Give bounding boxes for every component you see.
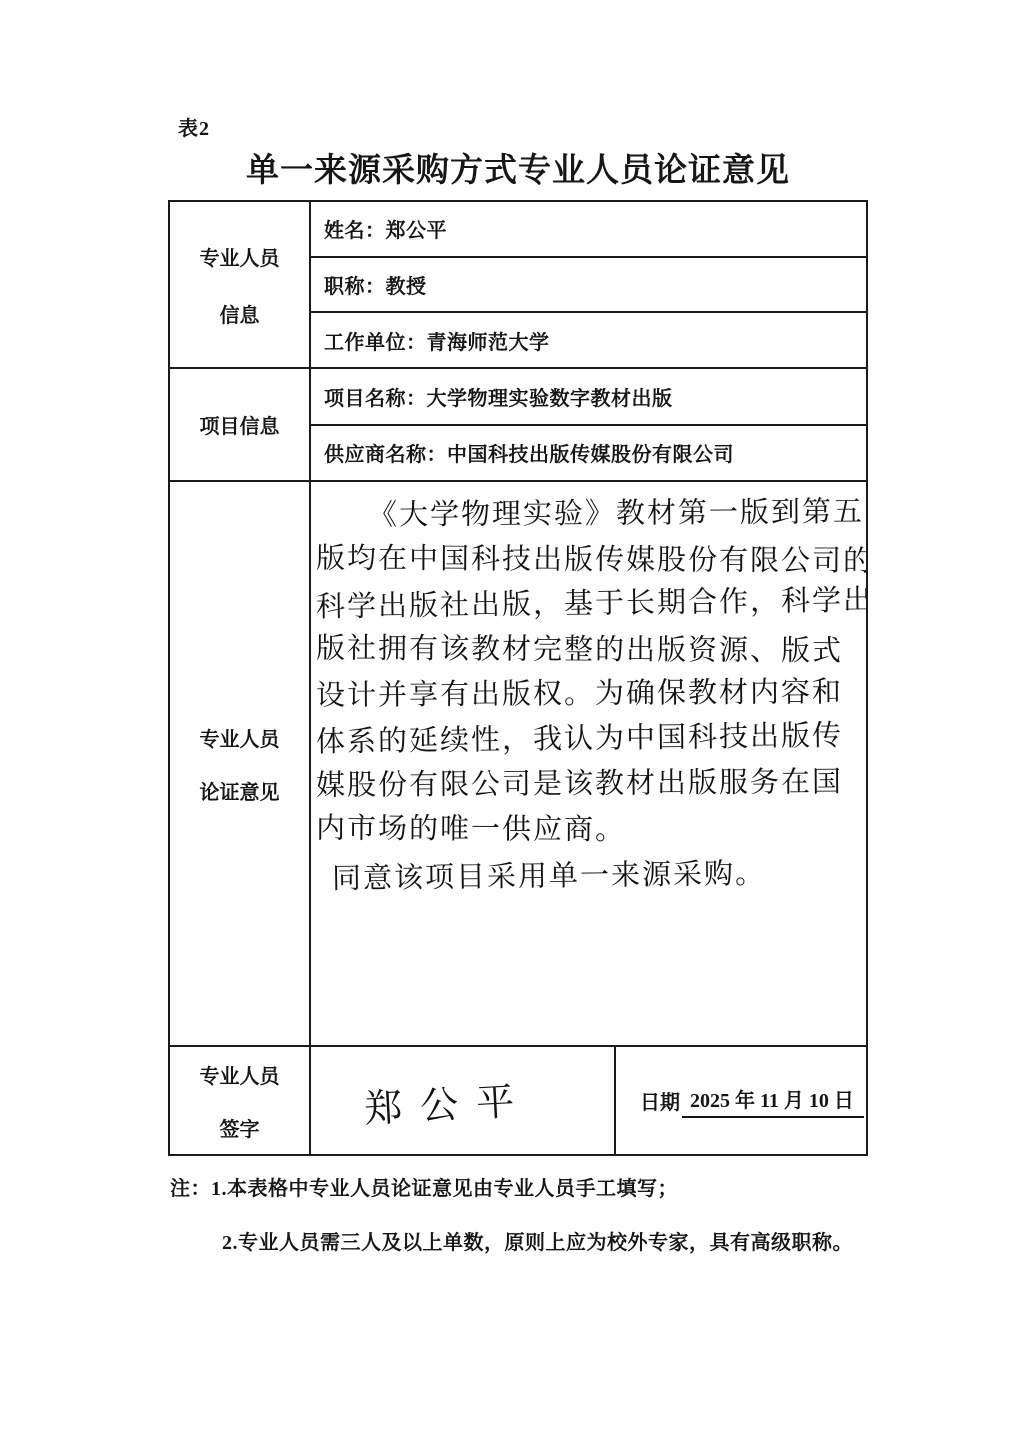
form-table: 专业人员 信息 姓名：郑公平 职称：教授 工作单位：青海师范大学 项目信息 项目… (168, 200, 868, 1156)
signature-label: 专业人员 签字 (170, 1047, 309, 1154)
scanned-document-page: 表2 单一来源采购方式专业人员论证意见 专业人员 信息 姓名：郑公平 职称：教授… (0, 0, 1024, 1454)
date-value: 2025 年 11 月 10 日 (682, 1084, 864, 1118)
project-info-label: 项目信息 (170, 369, 309, 480)
opinion-line: 设计并享有出版权。为确保教材内容和 (316, 670, 862, 719)
opinion-conclusion-line: 同意该项目采用单一来源采购。 (316, 851, 863, 903)
personnel-info-label: 专业人员 信息 (170, 202, 309, 367)
opinion-label-line1: 专业人员 (200, 723, 280, 752)
job-title-field: 职称：教授 (311, 256, 866, 312)
footnote-1: 注：1.本表格中专业人员论证意见由专业人员手工填写； (170, 1172, 678, 1201)
handwritten-signature: 郑公平 (363, 1069, 534, 1133)
opinion-line: 体系的延续性，我认为中国科技出版传 (316, 714, 863, 766)
personnel-info-label-line1: 专业人员 (200, 242, 280, 271)
signature-label-line1: 专业人员 (200, 1060, 280, 1089)
opinion-label: 专业人员 论证意见 (170, 482, 309, 1045)
project-name-field: 项目名称：大学物理实验数字教材出版 (311, 369, 866, 424)
opinion-line: 内市场的唯一供应商。 (316, 807, 862, 855)
personnel-info-fields: 姓名：郑公平 职称：教授 工作单位：青海师范大学 (309, 202, 866, 367)
footnote-2: 2.专业人员需三人及以上单数，原则上应为校外专家，具有高级职称。 (222, 1226, 853, 1255)
name-field: 姓名：郑公平 (311, 202, 866, 256)
signature-label-line2: 签字 (220, 1113, 260, 1142)
opinion-line: 媒股份有限公司是该教材出版服务在国 (316, 760, 862, 809)
opinion-line: 版均在中国科技出版传媒股份有限公司的 (316, 537, 862, 585)
opinion-line: 科学出版社出版，基于长期合作，科学出 (316, 579, 863, 631)
project-info-label-text: 项目信息 (200, 410, 280, 439)
signature-cell: 郑公平 (309, 1047, 614, 1154)
project-info-section: 项目信息 项目名称：大学物理实验数字教材出版 供应商名称：中国科技出版传媒股份有… (170, 367, 866, 480)
employer-field: 工作单位：青海师范大学 (311, 311, 866, 367)
date-label: 日期 (640, 1086, 680, 1115)
project-info-fields: 项目名称：大学物理实验数字教材出版 供应商名称：中国科技出版传媒股份有限公司 (309, 369, 866, 480)
signature-section: 专业人员 签字 郑公平 日期 2025 年 11 月 10 日 (170, 1045, 866, 1154)
handwritten-opinion: 《大学物理实验》教材第一版到第五 版均在中国科技出版传媒股份有限公司的 科学出版… (309, 482, 866, 1045)
document-title: 单一来源采购方式专业人员论证意见 (168, 144, 868, 191)
table-tag: 表2 (178, 112, 210, 141)
personnel-info-label-line2: 信息 (220, 299, 260, 328)
supplier-name-field: 供应商名称：中国科技出版传媒股份有限公司 (311, 424, 866, 481)
opinion-label-line2: 论证意见 (200, 776, 280, 805)
opinion-line: 版社拥有该教材完整的出版资源、版式 (316, 627, 862, 675)
opinion-section: 专业人员 论证意见 《大学物理实验》教材第一版到第五 版均在中国科技出版传媒股份… (170, 480, 866, 1045)
opinion-line: 《大学物理实验》教材第一版到第五 (316, 490, 862, 539)
personnel-info-section: 专业人员 信息 姓名：郑公平 职称：教授 工作单位：青海师范大学 (170, 202, 866, 367)
signature-date-cell: 日期 2025 年 11 月 10 日 (614, 1047, 866, 1154)
